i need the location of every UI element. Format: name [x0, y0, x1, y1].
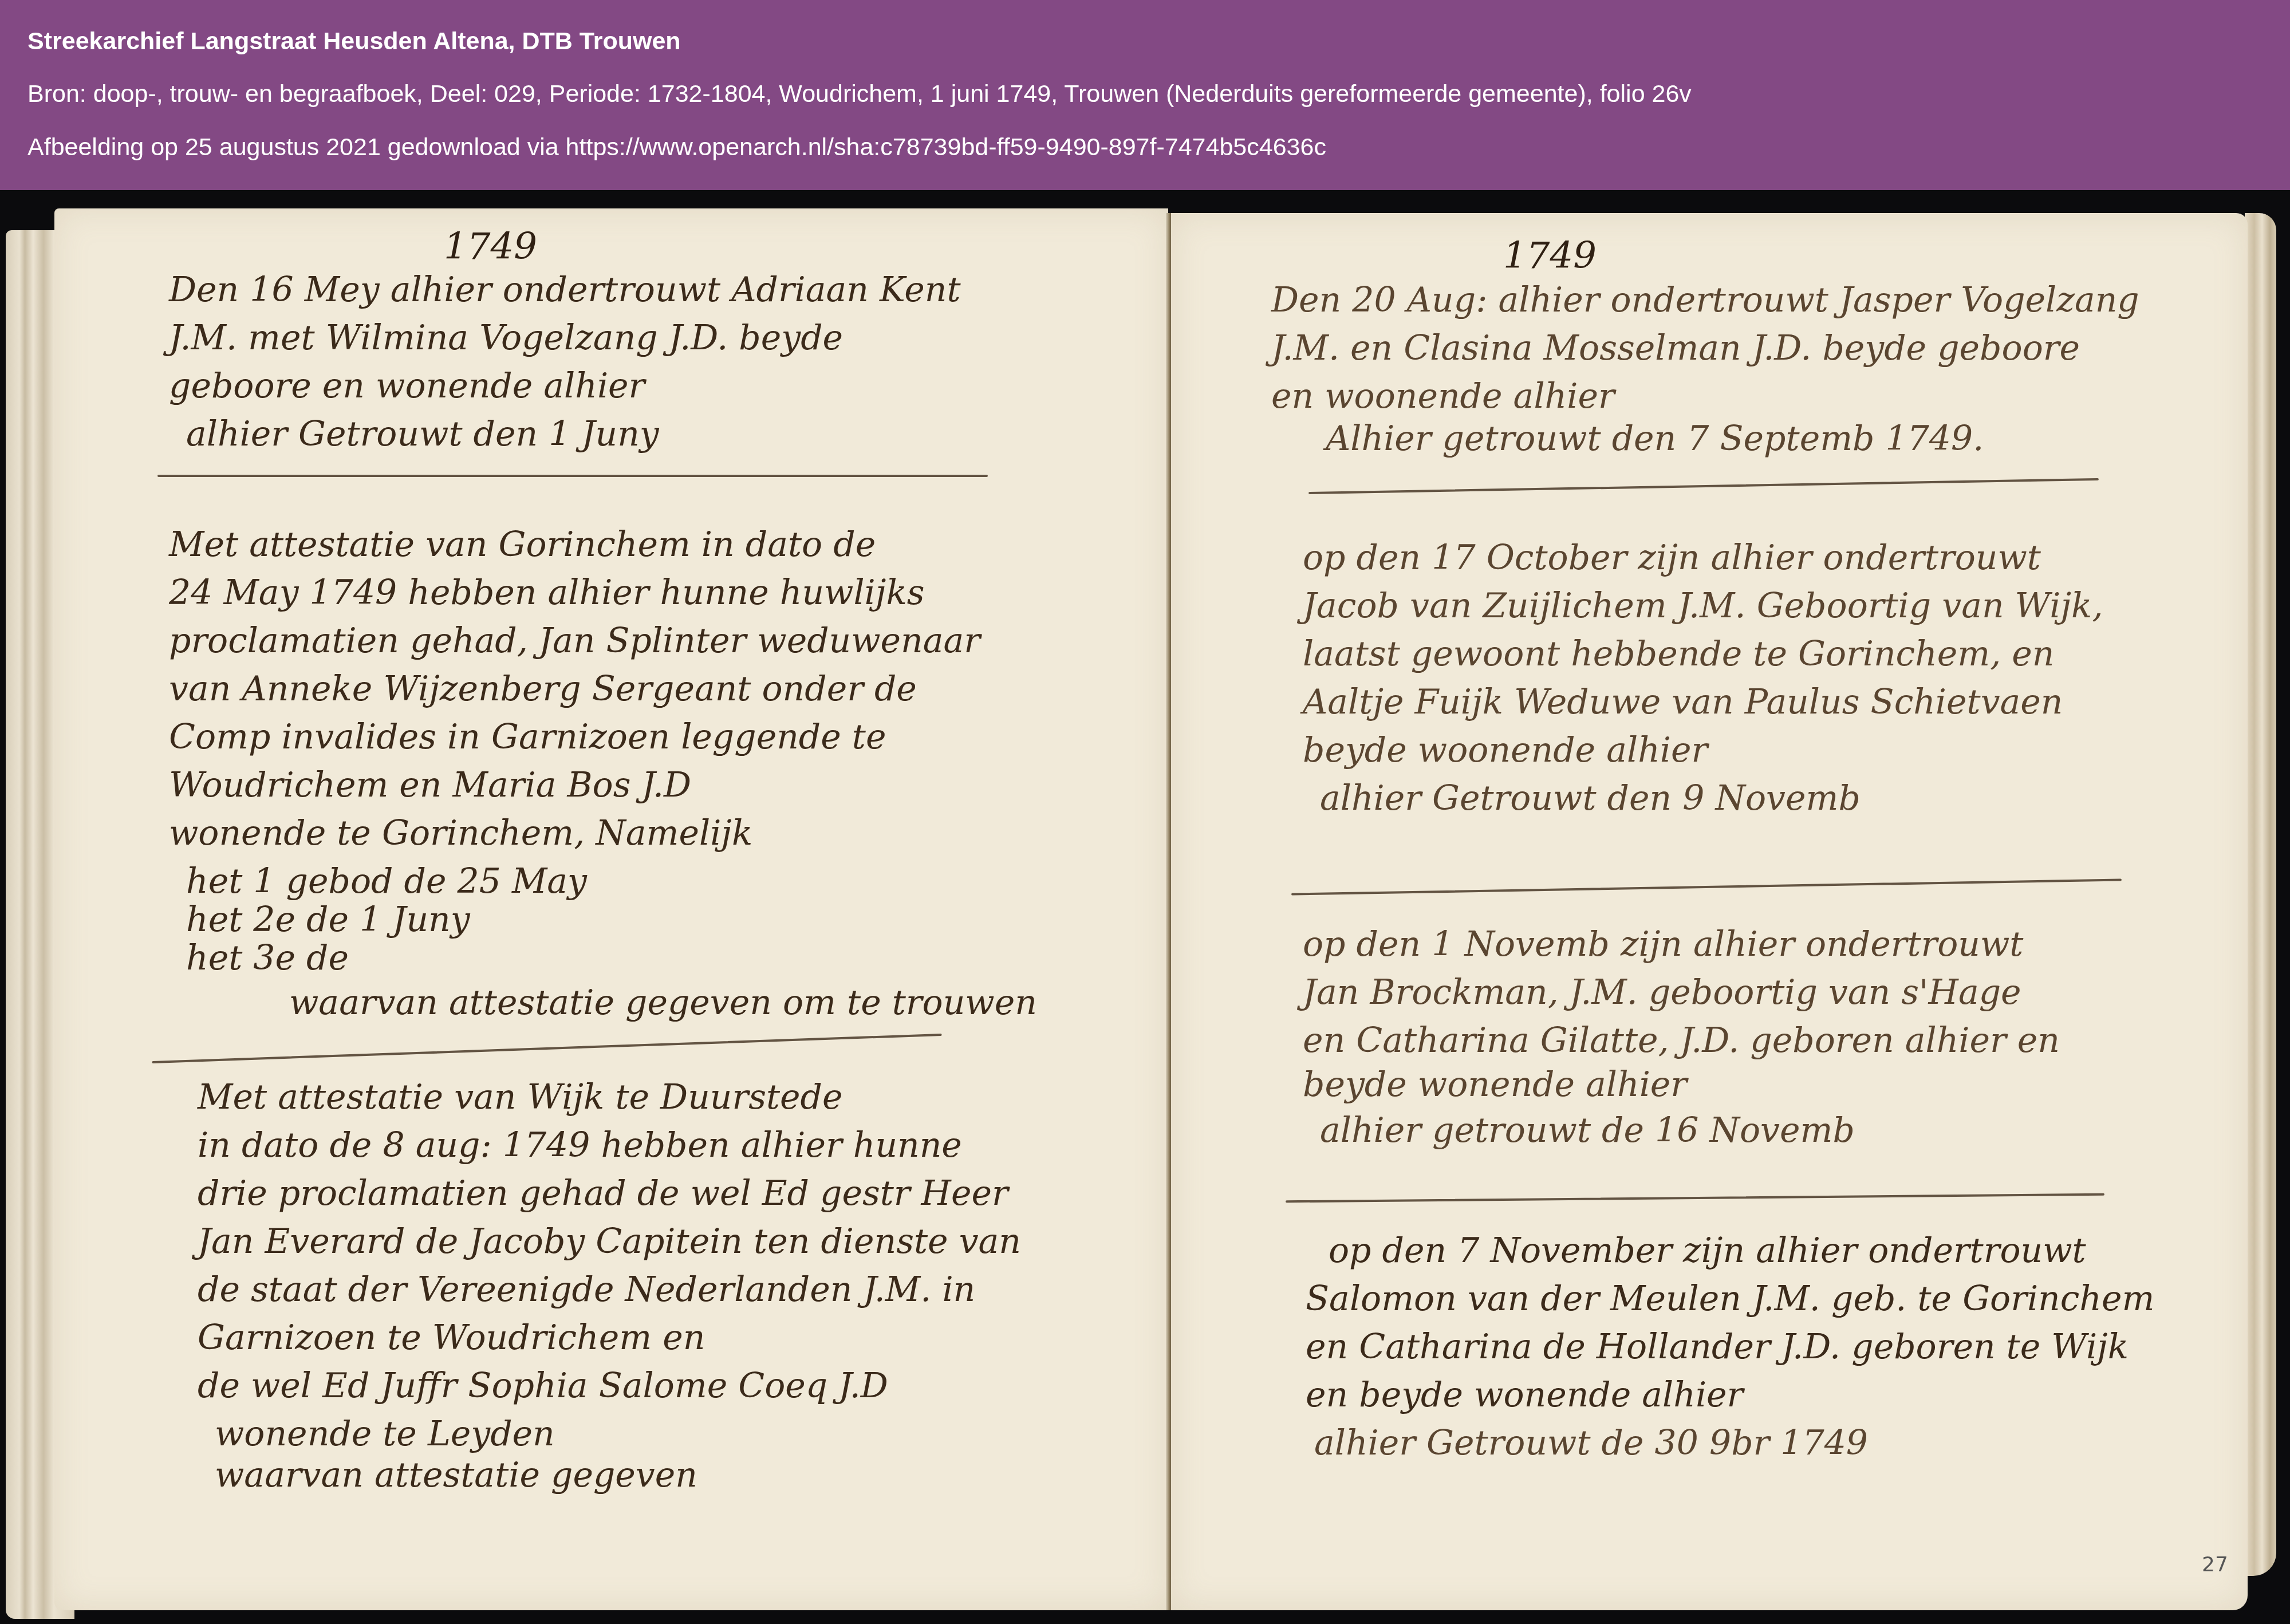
entry-line: Met attestatie van Gorinchem in dato de: [169, 521, 876, 569]
entry-line: alhier Getrouwt den 1 Juny: [186, 410, 659, 458]
entry-line: J.M. en Clasina Mosselman J.D. beyde geb…: [1271, 324, 2080, 372]
entry-line: en beyde wonende alhier: [1306, 1371, 1743, 1419]
entry-line: op den 7 November zijn alhier ondertrouw…: [1329, 1227, 2086, 1275]
entry-line: het 3e de: [186, 934, 349, 982]
entry-line: Alhier getrouwt den 7 Septemb 1749.: [1326, 415, 1984, 463]
entry-divider: [1286, 1193, 2104, 1203]
entry-line: beyde woonende alhier: [1303, 726, 1708, 774]
entry-line: en woonende alhier: [1271, 372, 1615, 420]
page-number: 27: [2202, 1553, 2228, 1576]
entry-line: alhier Getrouwt de 30 9br 1749: [1314, 1419, 1868, 1467]
entry-line: Jan Brockman, J.M. geboortig van s'Hage: [1303, 968, 2021, 1016]
entry-line: alhier Getrouwt den 9 Novemb: [1320, 774, 1861, 822]
archive-source-banner: Streekarchief Langstraat Heusden Altena,…: [0, 0, 2290, 190]
entry-line: Garnizoen te Woudrichem en: [198, 1314, 705, 1362]
entry-line: en Catharina Gilatte, J.D. geboren alhie…: [1303, 1016, 2060, 1065]
entry-divider: [1308, 478, 2099, 494]
entry-line: drie proclamatien gehad de wel Ed gestr …: [198, 1169, 1008, 1217]
entry-divider: [152, 1034, 941, 1063]
entry-line: beyde wonende alhier: [1303, 1061, 1687, 1109]
left-page: 1749 Den 16 Mey alhier ondertrouwt Adria…: [54, 208, 1168, 1610]
entry-line: de wel Ed Juffr Sophia Salome Coeq J.D: [198, 1362, 888, 1410]
download-note: Afbeelding op 25 augustus 2021 gedownloa…: [27, 133, 1326, 161]
register-scan-image: 1749 Den 16 Mey alhier ondertrouwt Adria…: [0, 190, 2290, 1624]
entry-line: Salomon van der Meulen J.M. geb. te Gori…: [1306, 1275, 2154, 1323]
entry-line: op den 17 October zijn alhier ondertrouw…: [1303, 534, 2041, 582]
entry-line: 24 May 1749 hebben alhier hunne huwlijks: [169, 569, 925, 617]
source-description: Bron: doop-, trouw- en begraafboek, Deel…: [27, 80, 1692, 108]
entry-line: Jacob van Zuijlichem J.M. Geboortig van …: [1303, 582, 2103, 630]
entry-line: en Catharina de Hollander J.D. geboren t…: [1306, 1323, 2129, 1371]
entry-line: laatst gewoont hebbende te Gorinchem, en: [1303, 630, 2054, 678]
entry-line: proclamatien gehad, Jan Splinter weduwen…: [169, 617, 980, 665]
entry-line: Met attestatie van Wijk te Duurstede: [198, 1073, 843, 1121]
entry-divider: [1291, 878, 2122, 895]
entry-divider: [157, 475, 988, 477]
right-page-year: 1749: [1503, 235, 1597, 277]
entry-line: wonende te Gorinchem, Namelijk: [169, 809, 752, 857]
entry-line: Aaltje Fuijk Weduwe van Paulus Schietvae…: [1303, 678, 2063, 726]
entry-line: Comp invalides in Garnizoen leggende te: [169, 713, 886, 761]
entry-line: Den 20 Aug: alhier ondertrouwt Jasper Vo…: [1271, 276, 2139, 324]
entry-line: Den 16 Mey alhier ondertrouwt Adriaan Ke…: [169, 266, 961, 314]
right-page: 1749 Den 20 Aug: alhier ondertrouwt Jasp…: [1171, 213, 2248, 1610]
entry-line: Jan Everard de Jacoby Capitein ten diens…: [198, 1217, 1021, 1266]
left-page-year: 1749: [444, 226, 537, 268]
entry-line: alhier getrouwt de 16 Novemb: [1320, 1106, 1855, 1154]
entry-line: J.M. met Wilmina Vogelzang J.D. beyde: [169, 314, 843, 362]
entry-line: van Anneke Wijzenberg Sergeant onder de: [169, 665, 917, 713]
right-page-edges: [2245, 213, 2276, 1576]
entry-line: op den 1 Novemb zijn alhier ondertrouwt: [1303, 920, 2023, 968]
entry-line: in dato de 8 aug: 1749 hebben alhier hun…: [198, 1121, 962, 1169]
entry-line: waarvan attestatie gegeven om te trouwen: [289, 979, 1037, 1027]
entry-line: de staat der Vereenigde Nederlanden J.M.…: [198, 1266, 975, 1314]
archive-title: Streekarchief Langstraat Heusden Altena,…: [27, 27, 681, 56]
entry-line: geboore en wonende alhier: [169, 362, 645, 410]
entry-line: waarvan attestatie gegeven: [215, 1451, 697, 1499]
entry-line: Woudrichem en Maria Bos J.D: [169, 761, 691, 809]
